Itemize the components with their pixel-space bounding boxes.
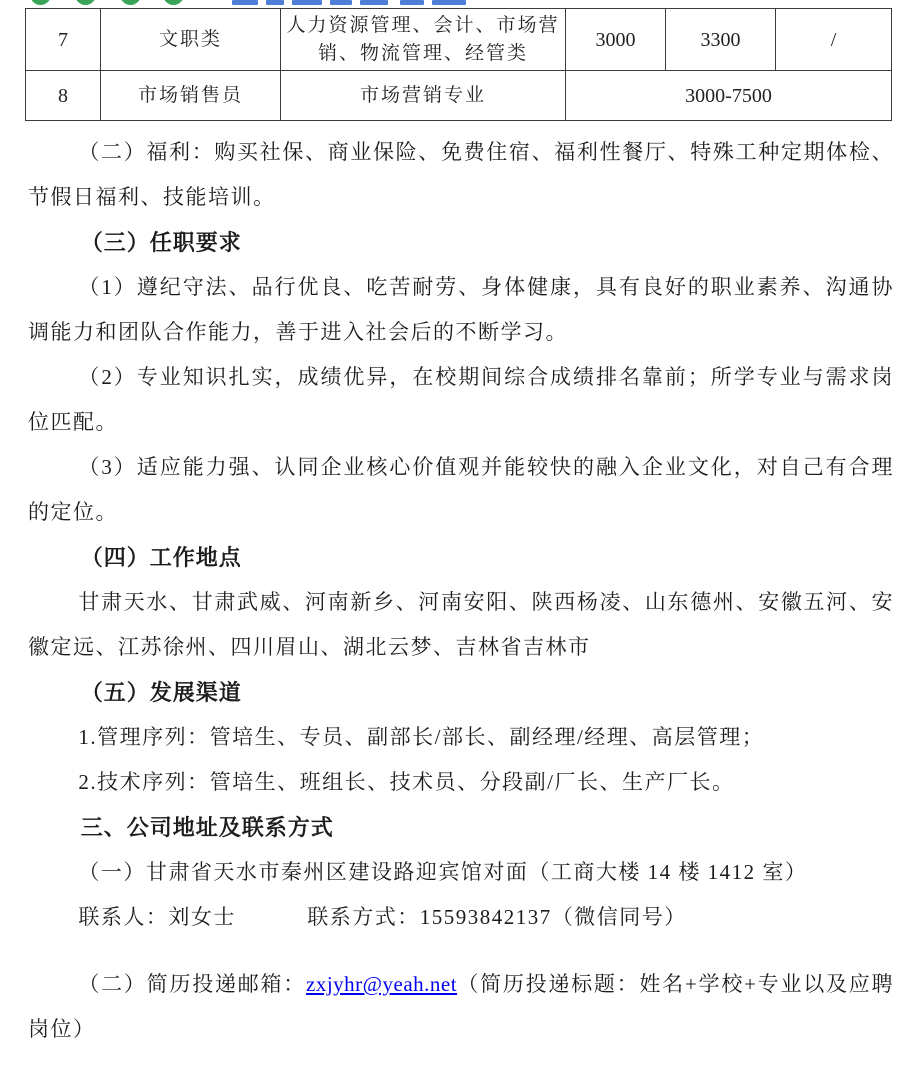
heading-contact: 三、公司地址及联系方式 [28,805,894,850]
logo-blue-text-fragment [292,0,322,5]
cell-row-number: 7 [26,9,101,71]
logo-blue-text-fragment [432,0,466,5]
paragraph-requirement-2: （2）专业知识扎实，成绩优异，在校期间综合成绩排名靠前；所学专业与需求岗位匹配。 [28,355,894,445]
cell-salary-base: 3000 [566,9,666,71]
heading-work-location: （四）工作地点 [28,535,894,580]
email-label: （二）简历投递邮箱： [78,972,306,996]
logo-green-mark-icon [75,0,96,5]
heading-requirements: （三）任职要求 [28,220,894,265]
heading-development: （五）发展渠道 [28,670,894,715]
contact-phone: 联系方式：15593842137（微信同号） [307,905,687,929]
paragraph-locations: 甘肃天水、甘肃武威、河南新乡、河南安阳、陕西杨凌、山东德州、安徽五河、安徽定远、… [28,580,894,670]
cell-majors: 市场营销专业 [281,71,566,121]
paragraph-welfare: （二）福利：购买社保、商业保险、免费住宿、福利性餐厅、特殊工种定期体检、节假日福… [28,130,894,220]
document-body: （二）福利：购买社保、商业保险、免费住宿、福利性餐厅、特殊工种定期体检、节假日福… [28,130,894,1052]
paragraph-requirement-1: （1）遵纪守法、品行优良、吃苦耐劳、身体健康，具有良好的职业素养、沟通协调能力和… [28,265,894,355]
cell-salary-note: / [776,9,892,71]
paragraph-technical-track: 2.技术序列：管培生、班组长、技术员、分段副/厂长、生产厂长。 [28,760,894,805]
logo-green-mark-icon [30,0,51,5]
logo-green-mark-icon [163,0,184,5]
cell-salary-comp: 3300 [666,9,776,71]
paragraph-requirement-3: （3）适应能力强、认同企业核心价值观并能较快的融入企业文化，对自己有合理的定位。 [28,445,894,535]
logo-green-mark-icon [120,0,141,5]
cell-row-number: 8 [26,71,101,121]
email-link[interactable]: zxjyhr@yeah.net [306,972,457,996]
page-top-logo-fragment [0,0,922,7]
paragraph-management-track: 1.管理序列：管培生、专员、副部长/部长、副经理/经理、高层管理； [28,715,894,760]
logo-blue-text-fragment [400,0,424,5]
table-row: 7 文职类 人力资源管理、会计、市场营销、物流管理、经管类 3000 3300 … [26,9,892,71]
logo-blue-text-fragment [360,0,388,5]
logo-blue-text-fragment [330,0,352,5]
cell-position: 文职类 [101,9,281,71]
paragraph-address: （一）甘肃省天水市秦州区建设路迎宾馆对面（工商大楼 14 楼 1412 室） [28,850,894,895]
paragraph-email: （二）简历投递邮箱：zxjyhr@yeah.net（简历投递标题：姓名+学校+专… [28,962,894,1052]
table-row: 8 市场销售员 市场营销专业 3000-7500 [26,71,892,121]
logo-blue-text-fragment [266,0,284,5]
cell-salary-range: 3000-7500 [566,71,892,121]
paragraph-contact: 联系人：刘女士联系方式：15593842137（微信同号） [28,895,894,940]
logo-blue-text-fragment [232,0,258,5]
cell-majors: 人力资源管理、会计、市场营销、物流管理、经管类 [281,9,566,71]
positions-table: 7 文职类 人力资源管理、会计、市场营销、物流管理、经管类 3000 3300 … [25,8,892,121]
contact-person: 联系人：刘女士 [78,905,236,929]
cell-position: 市场销售员 [101,71,281,121]
